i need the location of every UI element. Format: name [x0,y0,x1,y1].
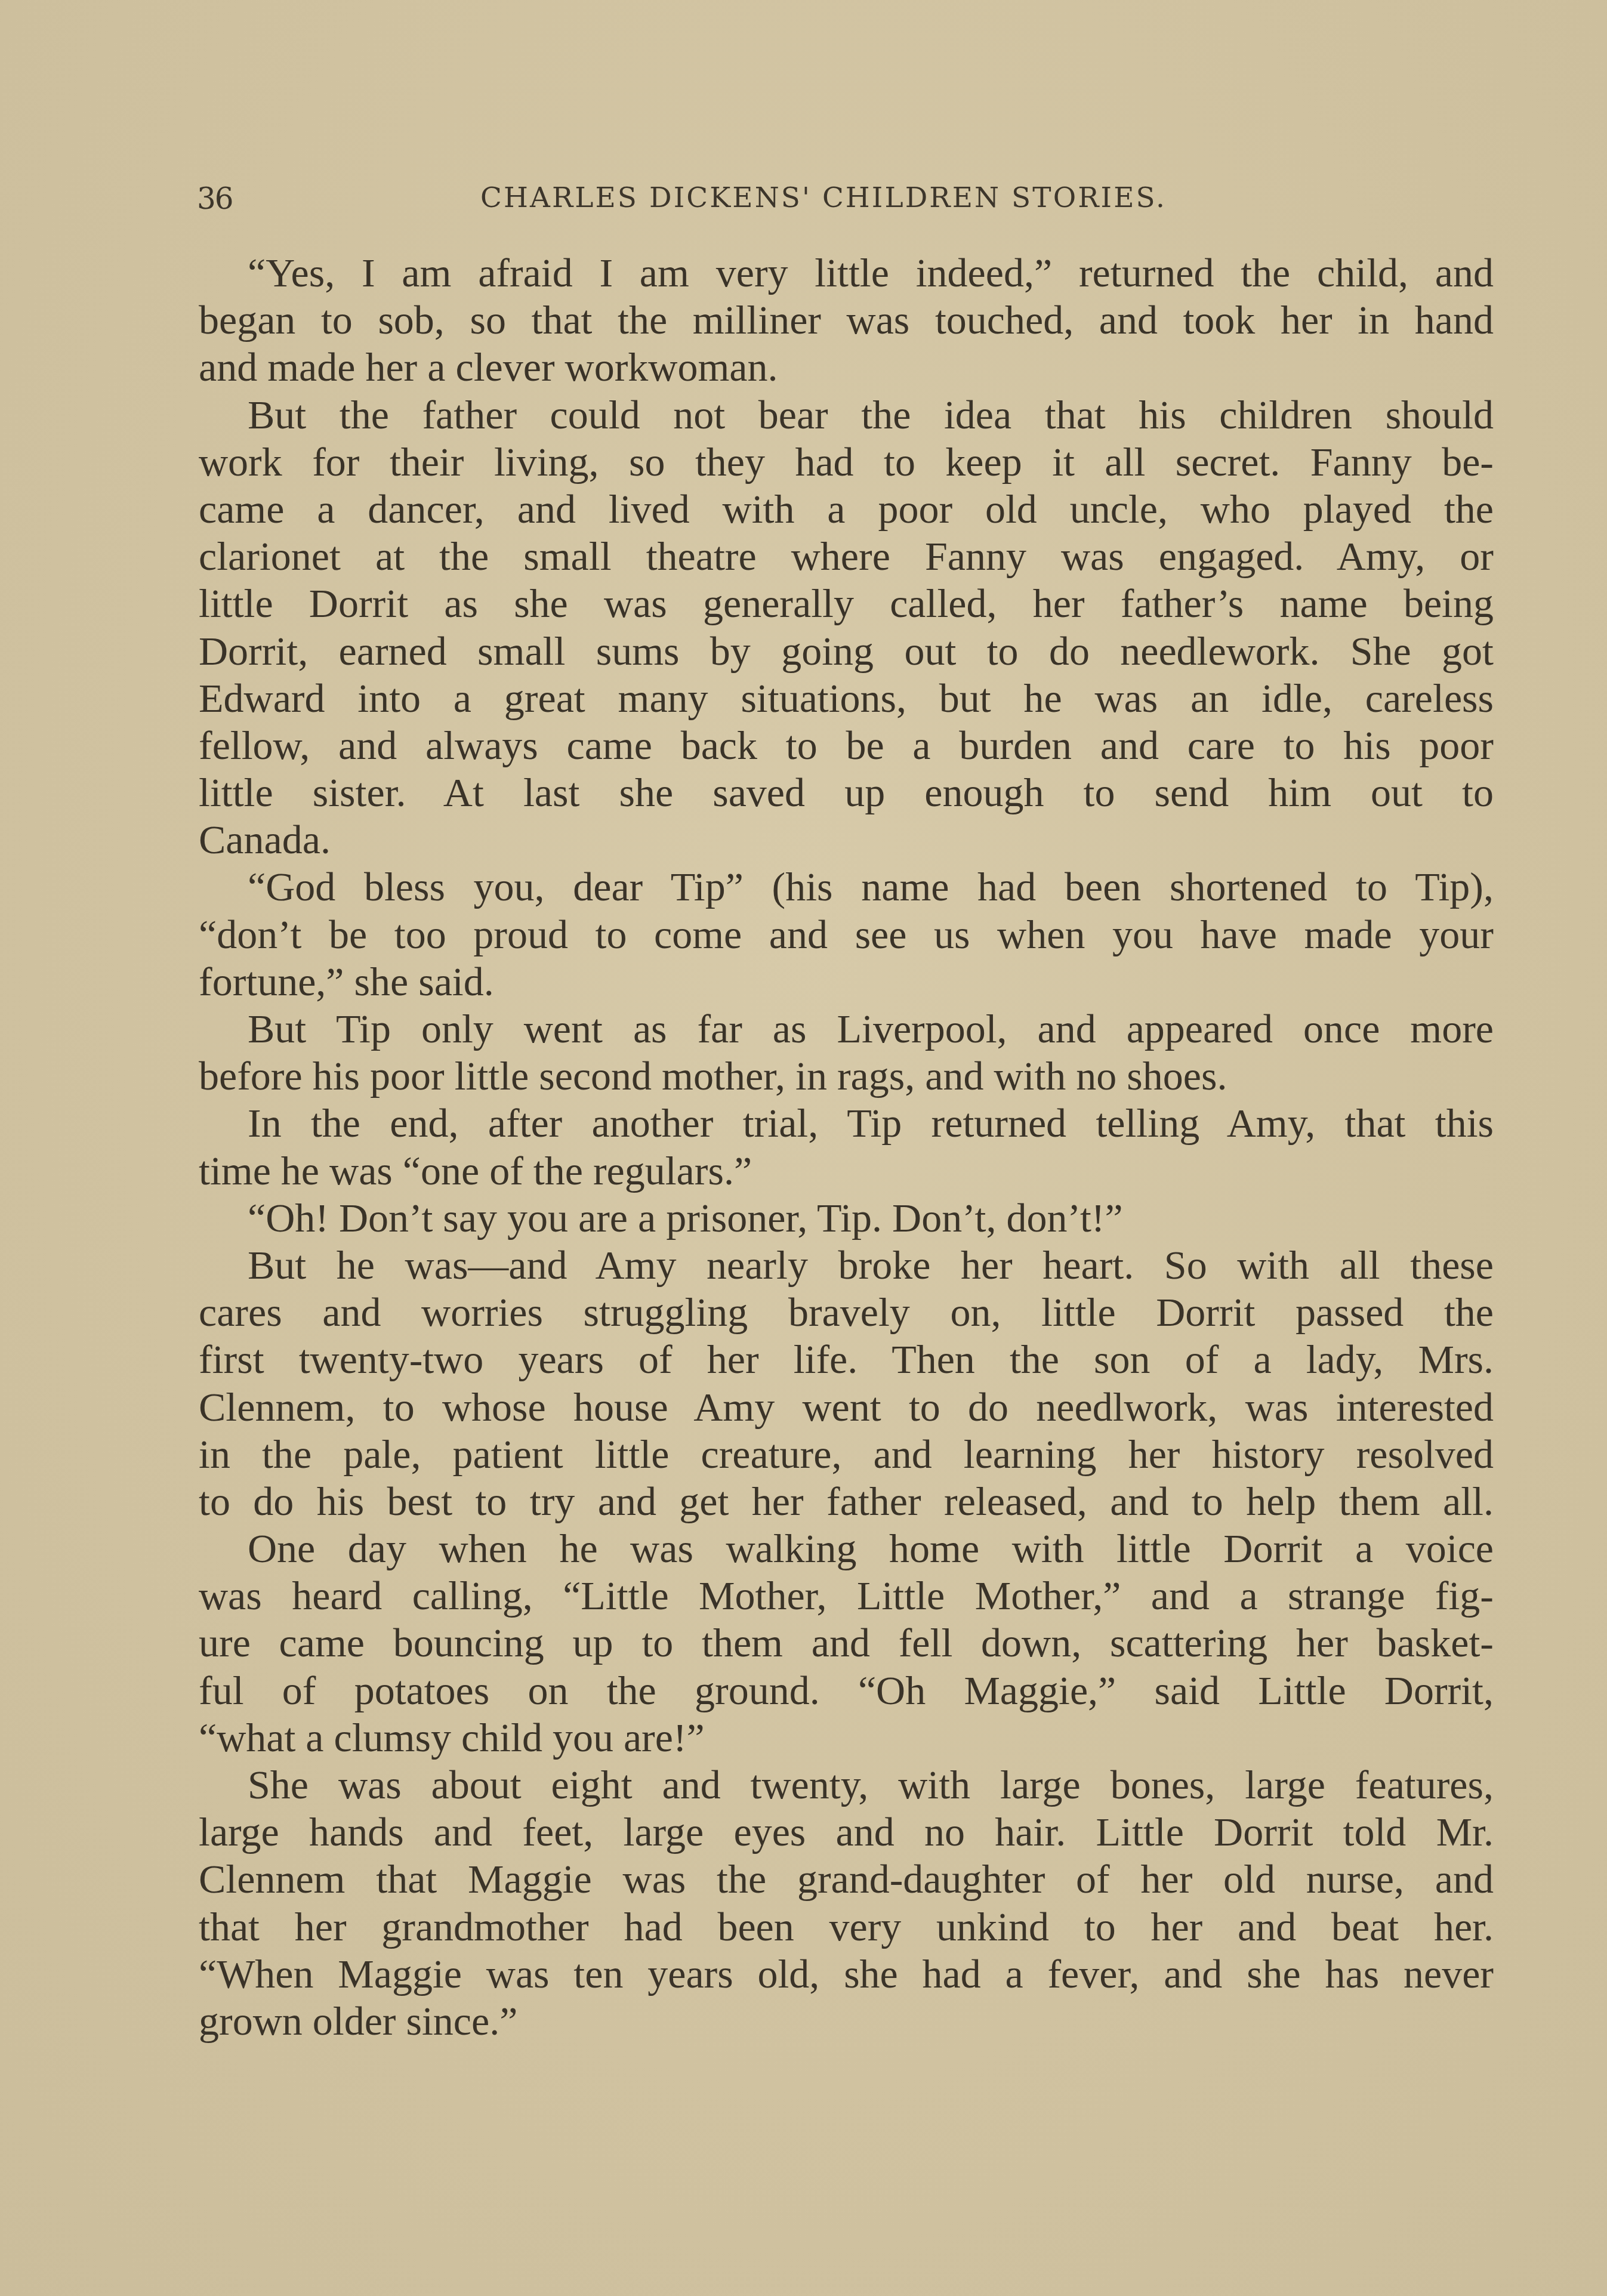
text-line: little sister. At last she saved up enou… [199,769,1494,816]
text-line: fellow, and always came back to be a bur… [199,722,1494,769]
paragraph: But the father could not bear the idea t… [199,391,1494,864]
paragraph: “God bless you, dear Tip” (his name had … [199,863,1494,1005]
text-line: work for their living, so they had to ke… [199,439,1494,486]
text-line: ful of potatoes on the ground. “Oh Maggi… [199,1667,1494,1714]
paragraph: In the end, after another trial, Tip ret… [199,1100,1494,1194]
paragraph: “Yes, I am afraid I am very little indee… [199,249,1494,391]
text-line: that her grandmother had been very unkin… [199,1903,1494,1951]
text-line: One day when he was walking home with li… [199,1525,1494,1572]
text-line: But the father could not bear the idea t… [199,391,1494,439]
text-line: In the end, after another trial, Tip ret… [199,1100,1494,1147]
paragraph: But Tip only went as far as Liverpool, a… [199,1005,1494,1100]
text-line: came a dancer, and lived with a poor old… [199,486,1494,533]
text-line: She was about eight and twenty, with lar… [199,1761,1494,1809]
text-line: Clennem, to whose house Amy went to do n… [199,1384,1494,1431]
text-line: fortune,” she said. [199,958,1494,1005]
text-line: Dorrit, earned small sums by going out t… [199,628,1494,675]
text-line: Canada. [199,816,1494,863]
text-line: “God bless you, dear Tip” (his name had … [199,863,1494,911]
text-line: to do his best to try and get her father… [199,1478,1494,1525]
paragraph: “Oh! Don’t say you are a prisoner, Tip. … [199,1195,1494,1242]
text-line: Edward into a great many situations, but… [199,675,1494,722]
text-line: “Oh! Don’t say you are a prisoner, Tip. … [199,1195,1494,1242]
text-line: in the pale, patient little creature, an… [199,1431,1494,1478]
text-line: grown older since.” [199,1998,1494,2045]
paragraph: One day when he was walking home with li… [199,1525,1494,1761]
text-line: “When Maggie was ten years old, she had … [199,1951,1494,1998]
text-line: was heard calling, “Little Mother, Littl… [199,1572,1494,1619]
text-line: large hands and feet, large eyes and no … [199,1809,1494,1856]
text-line: began to sob, so that the milliner was t… [199,297,1494,344]
text-line: “Yes, I am afraid I am very little indee… [199,249,1494,297]
text-line: ure came bouncing up to them and fell do… [199,1619,1494,1667]
text-line: But he was—and Amy nearly broke her hear… [199,1242,1494,1289]
text-line: Clennem that Maggie was the grand-daught… [199,1856,1494,1903]
text-line: first twenty-two years of her life. Then… [199,1336,1494,1383]
paragraph: But he was—and Amy nearly broke her hear… [199,1242,1494,1525]
text-line: and made her a clever workwoman. [199,344,1494,391]
running-title: CHARLES DICKENS' CHILDREN STORIES. [480,181,1167,214]
text-line: little Dorrit as she was generally calle… [199,580,1494,627]
running-head: 36 CHARLES DICKENS' CHILDREN STORIES. [197,179,1492,227]
text-line: cares and worries struggling bravely on,… [199,1289,1494,1336]
text-line: time he was “one of the regulars.” [199,1147,1494,1195]
paragraph: She was about eight and twenty, with lar… [199,1761,1494,2045]
text-line: clarionet at the small theatre where Fan… [199,533,1494,580]
book-page: 36 CHARLES DICKENS' CHILDREN STORIES. “Y… [0,0,1607,2296]
text-line: before his poor little second mother, in… [199,1053,1494,1100]
text-line: But Tip only went as far as Liverpool, a… [199,1005,1494,1053]
text-line: “what a clumsy child you are!” [199,1714,1494,1761]
page-number: 36 [197,181,233,216]
body-text: “Yes, I am afraid I am very little indee… [199,249,1494,2045]
text-line: “don’t be too proud to come and see us w… [199,911,1494,958]
